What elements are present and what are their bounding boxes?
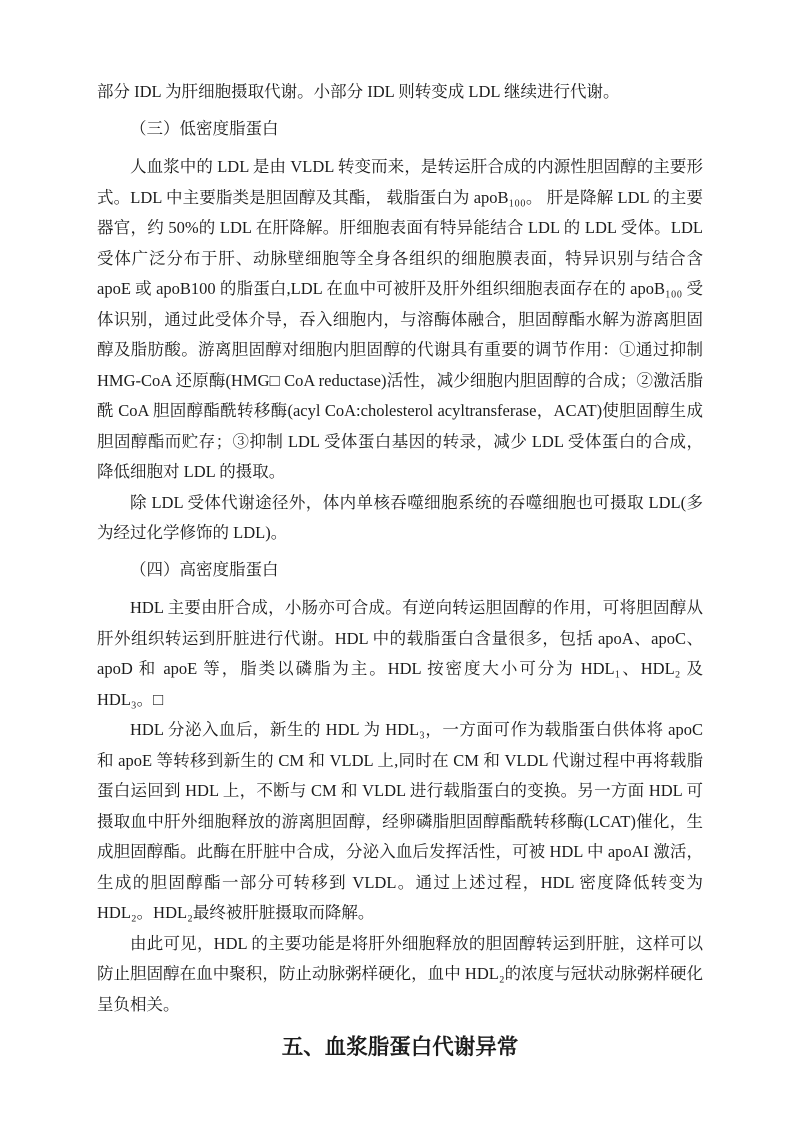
paragraph-hdl-circulation: HDL 分泌入血后，新生的 HDL 为 HDL₃，一方面可作为载脂蛋白供体将 a… — [97, 715, 703, 929]
paragraph-hdl-synthesis: HDL 主要由肝合成，小肠亦可合成。有逆向转运胆固醇的作用，可将胆固醇从肝外组织… — [97, 593, 703, 715]
document-page: 部分 IDL 为肝细胞摄取代谢。小部分 IDL 则转变成 LDL 继续进行代谢。… — [0, 0, 793, 1122]
page-number: 3 — [97, 1038, 703, 1056]
paragraph-hdl-function: 由此可见，HDL 的主要功能是将肝外细胞释放的胆固醇转运到肝脏，这样可以防止胆固… — [97, 929, 703, 1021]
paragraph-ldl-phagocyte-pathway: 除 LDL 受体代谢途径外，体内单核吞噬细胞系统的吞噬细胞也可摄取 LDL(多为… — [97, 488, 703, 549]
document-content: 部分 IDL 为肝细胞摄取代谢。小部分 IDL 则转变成 LDL 继续进行代谢。… — [97, 77, 703, 1064]
paragraph-ldl-metabolism: 人血浆中的 LDL 是由 VLDL 转变而来，是转运肝合成的内源性胆固醇的主要形… — [97, 152, 703, 488]
subsection-heading-4-hdl: （四）高密度脂蛋白 — [97, 555, 703, 586]
paragraph-idl-continuation: 部分 IDL 为肝细胞摄取代谢。小部分 IDL 则转变成 LDL 继续进行代谢。 — [97, 77, 703, 108]
subsection-heading-3-ldl: （三）低密度脂蛋白 — [97, 114, 703, 145]
